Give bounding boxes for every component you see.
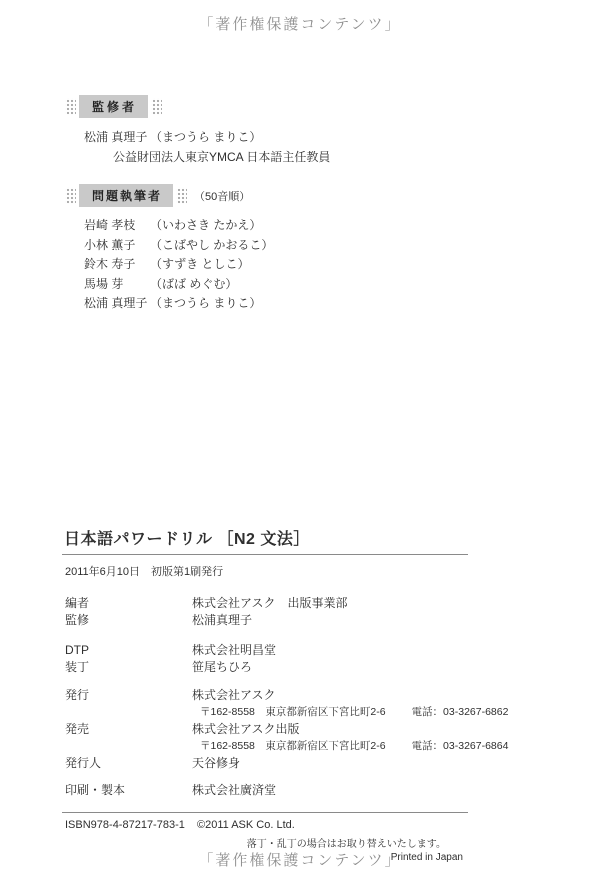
person-kana: （すずき としこ） [150, 255, 249, 275]
supervisor-person: 松浦 真理子 （まつうら まりこ） [84, 128, 330, 148]
colophon-row-binding-design: 装丁 笹尾ちひろ [62, 659, 468, 676]
isbn-number: ISBN978-4-87217-783-1 [62, 818, 197, 833]
editor-group: 編者 株式会社アスク 出版事業部 監修 松浦真理子 [62, 595, 468, 629]
row-value: 株式会社アスク出版 [192, 721, 300, 738]
person-name: 小林 薫子 [84, 236, 150, 256]
book-colophon-page: { "watermark": { "top": "「著作権保護コンテンツ」", … [0, 0, 600, 887]
row-value: 笹尾ちひろ [192, 659, 252, 676]
isbn-separator-rule [62, 812, 468, 813]
row-label: 編者 [62, 595, 192, 612]
row-label: 発行 [62, 687, 192, 704]
row-value: 株式会社明昌堂 [192, 642, 276, 659]
authors-order-note: （50音順） [194, 188, 250, 204]
phone-number: 電話：03-3267-6862 [412, 704, 509, 721]
author-row: 松浦 真理子 （まつうら まりこ） [84, 294, 273, 314]
row-value: 松浦真理子 [192, 612, 252, 629]
row-value: 株式会社アスク 出版事業部 [192, 595, 348, 612]
colophon-row-editor: 編者 株式会社アスク 出版事業部 [62, 595, 468, 612]
book-title: 日本語パワードリル ［N2 文法］ [62, 524, 468, 555]
person-name: 松浦 真理子 [84, 294, 150, 314]
dot-pattern-decoration [176, 187, 187, 204]
colophon-row-publisher-person: 発行人 天谷修身 [62, 755, 468, 772]
person-kana: （こばやし かおるこ） [150, 236, 273, 256]
dot-pattern-decoration [65, 187, 76, 204]
person-name: 馬場 芽 [84, 275, 150, 295]
copyright-protection-watermark-bottom: 「著作権保護コンテンツ」 [0, 849, 600, 870]
colophon-row-supervision: 監修 松浦真理子 [62, 612, 468, 629]
row-label: 発売 [62, 721, 192, 738]
author-row: 岩崎 孝枝 （いわさき たかえ） [84, 216, 273, 236]
publisher-address-row: 〒162-8558 東京都新宿区下宮比町2-6 電話：03-3267-6862 [62, 704, 468, 721]
person-kana: （ばば めぐむ） [150, 275, 237, 295]
author-row: 小林 薫子 （こばやし かおるこ） [84, 236, 273, 256]
postal-address: 〒162-8558 東京都新宿区下宮比町2-6 [200, 738, 386, 755]
postal-address: 〒162-8558 東京都新宿区下宮比町2-6 [200, 704, 386, 721]
row-value: 天谷修身 [192, 755, 240, 772]
colophon-row-publisher: 発行 株式会社アスク [62, 687, 468, 704]
question-authors-section: 問題執筆者 （50音順） 岩崎 孝枝 （いわさき たかえ） 小林 薫子 （こばや… [65, 184, 273, 314]
person-name: 松浦 真理子 [84, 128, 150, 148]
authors-heading: 問題執筆者 [79, 184, 173, 207]
colophon-row-printing: 印刷・製本 株式会社廣済堂 [62, 782, 468, 799]
row-label: 装丁 [62, 659, 192, 676]
colophon-row-dtp: DTP 株式会社明昌堂 [62, 642, 468, 659]
author-row: 馬場 芽 （ばば めぐむ） [84, 275, 273, 295]
authors-list: 岩崎 孝枝 （いわさき たかえ） 小林 薫子 （こばやし かおるこ） 鈴木 寿子… [84, 216, 273, 314]
supervisor-person-list: 松浦 真理子 （まつうら まりこ） 公益財団法人東京YMCA 日本語主任教員 [84, 128, 330, 167]
person-kana: （まつうら まりこ） [150, 294, 261, 314]
publisher-group: 発行 株式会社アスク 〒162-8558 東京都新宿区下宮比町2-6 電話：03… [62, 687, 468, 772]
row-label: 発行人 [62, 755, 192, 772]
row-label: DTP [62, 642, 192, 659]
supervisor-section: 監修者 松浦 真理子 （まつうら まりこ） 公益財団法人東京YMCA 日本語主任… [65, 95, 330, 167]
supervisor-heading: 監修者 [79, 95, 148, 118]
dot-pattern-decoration [151, 98, 162, 115]
supervisor-heading-row: 監修者 [65, 95, 330, 118]
production-group: DTP 株式会社明昌堂 装丁 笹尾ちひろ [62, 642, 468, 676]
copyright-notice: ©2011 ASK Co. Ltd. [197, 818, 295, 833]
supervisor-affiliation: 公益財団法人東京YMCA 日本語主任教員 [113, 148, 330, 168]
row-value: 株式会社アスク [192, 687, 276, 704]
isbn-copyright-row: ISBN978-4-87217-783-1 ©2011 ASK Co. Ltd. [62, 818, 468, 833]
printing-group: 印刷・製本 株式会社廣済堂 [62, 782, 468, 799]
authors-heading-row: 問題執筆者 （50音順） [65, 184, 273, 207]
person-name: 岩崎 孝枝 [84, 216, 150, 236]
person-kana: （まつうら まりこ） [150, 128, 261, 148]
phone-number: 電話：03-3267-6864 [412, 738, 509, 755]
copyright-protection-watermark-top: 「著作権保護コンテンツ」 [0, 13, 600, 34]
distributor-address-row: 〒162-8558 東京都新宿区下宮比町2-6 電話：03-3267-6864 [62, 738, 468, 755]
dot-pattern-decoration [65, 98, 76, 115]
author-row: 鈴木 寿子 （すずき としこ） [84, 255, 273, 275]
colophon-block: 日本語パワードリル ［N2 文法］ 2011年6月10日 初版第1刷発行 編者 … [62, 524, 468, 864]
row-label: 監修 [62, 612, 192, 629]
person-name: 鈴木 寿子 [84, 255, 150, 275]
colophon-row-distributor: 発売 株式会社アスク出版 [62, 721, 468, 738]
row-value: 株式会社廣済堂 [192, 782, 276, 799]
edition-date: 2011年6月10日 初版第1刷発行 [62, 563, 468, 579]
row-label: 印刷・製本 [62, 782, 192, 799]
person-kana: （いわさき たかえ） [150, 216, 261, 236]
